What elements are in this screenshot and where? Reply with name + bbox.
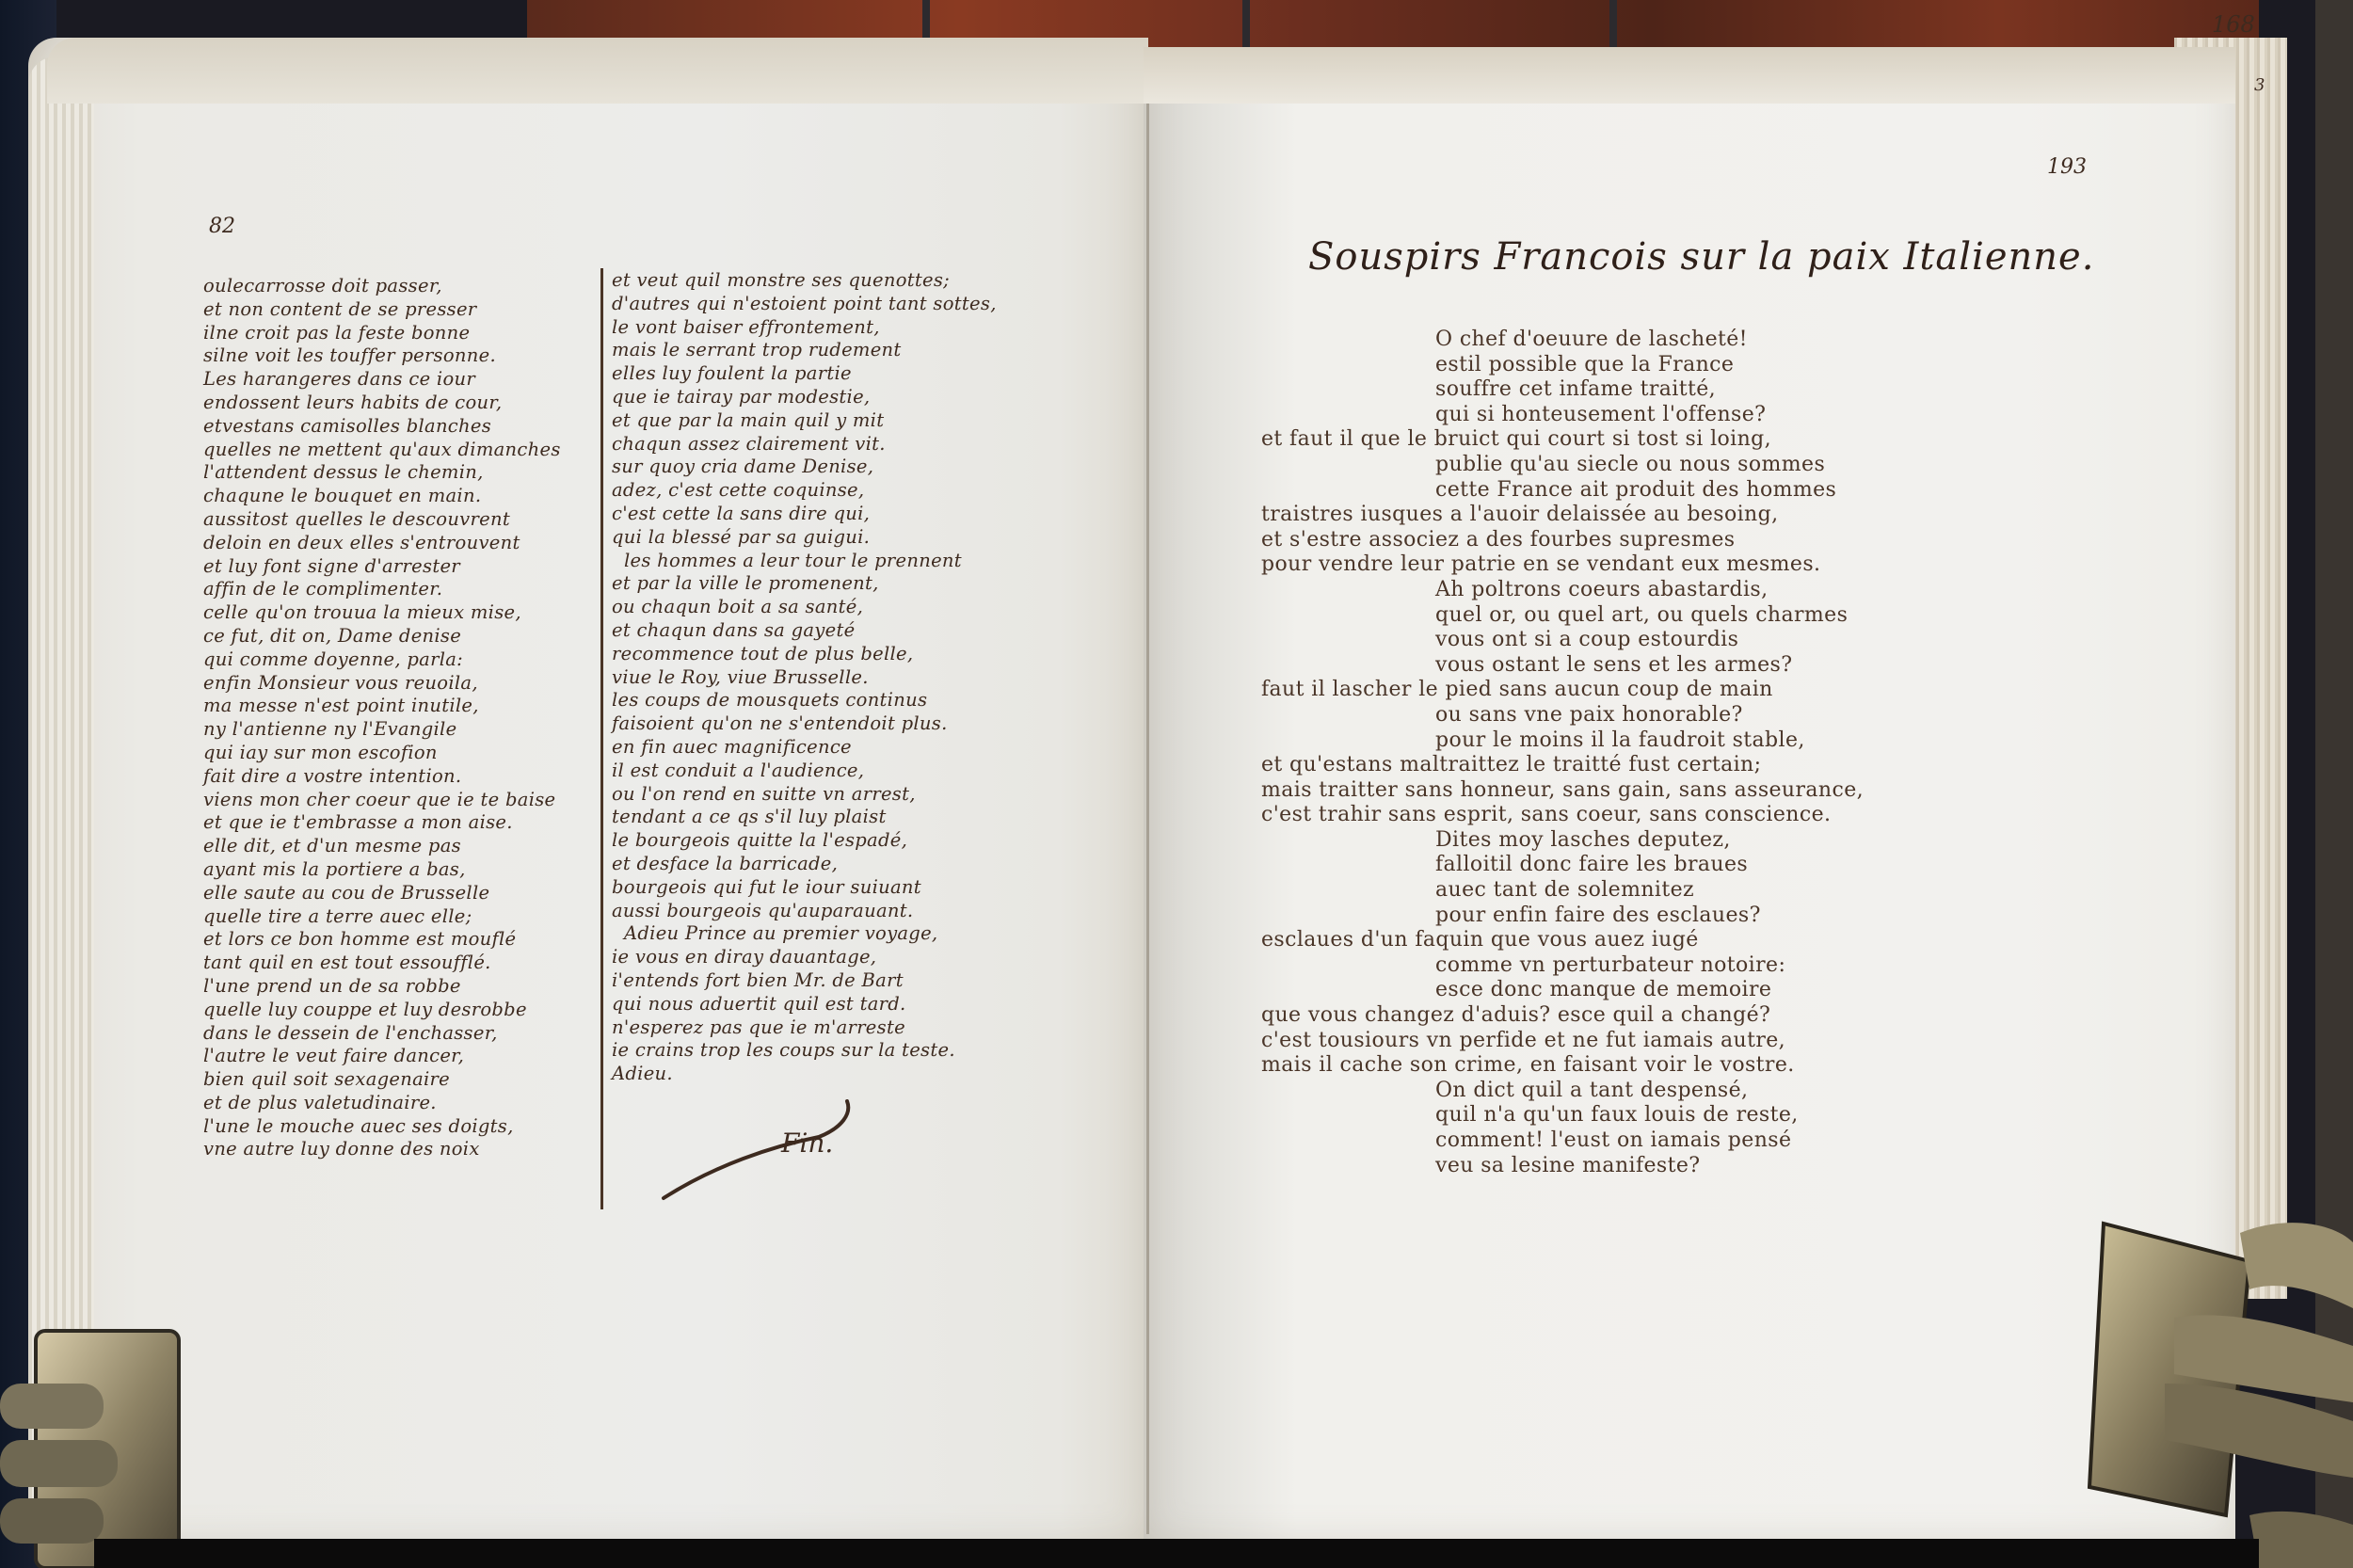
- manuscript-line: et par la ville le promenent,: [612, 572, 997, 596]
- manuscript-line: qui la blessé par sa guigui.: [612, 526, 997, 550]
- poem-line: c'est trahir sans esprit, sans coeur, sa…: [1261, 803, 1864, 828]
- poem-body: O chef d'oeuure de lascheté!estil possib…: [1261, 328, 1864, 1178]
- manuscript-line: etvestans camisolles blanches: [203, 415, 561, 439]
- manuscript-line: endossent leurs habits de cour,: [203, 392, 561, 415]
- manuscript-line: enfin Monsieur vous reuoila,: [203, 672, 561, 696]
- manuscript-line: ie crains trop les coups sur la teste.: [612, 1039, 997, 1063]
- manuscript-line: Les harangeres dans ce iour: [203, 368, 561, 392]
- manuscript-line: oulecarrosse doit passer,: [203, 275, 561, 298]
- manuscript-line: qui iay sur mon escofion: [203, 742, 561, 765]
- poem-line: veu sa lesine manifeste?: [1261, 1154, 1864, 1179]
- manuscript-line: adez, c'est cette coquinse,: [612, 479, 997, 503]
- manuscript-line: i'entends fort bien Mr. de Bart: [612, 969, 997, 993]
- manuscript-line: et lors ce bon homme est mouflé: [203, 928, 561, 952]
- top-folio-number: 168: [2212, 11, 2255, 38]
- poem-line: pour enfin faire des esclaues?: [1261, 904, 1864, 929]
- poem-title: Souspirs Francois sur la paix Italienne.: [1308, 235, 2094, 279]
- manuscript-line: l'attendent dessus le chemin,: [203, 461, 561, 485]
- manuscript-line: silne voit les touffer personne.: [203, 344, 561, 368]
- poem-line: et faut il que le bruict qui court si to…: [1261, 427, 1864, 453]
- manuscript-line: viue le Roy, viue Brusselle.: [612, 666, 997, 690]
- manuscript-line: Adieu Prince au premier voyage,: [612, 922, 997, 946]
- manuscript-line: recommence tout de plus belle,: [612, 643, 997, 666]
- manuscript-line: ce fut, dit on, Dame denise: [203, 625, 561, 648]
- manuscript-line: quelle tire a terre auec elle;: [203, 905, 561, 929]
- column-divider-rule: [600, 268, 603, 1209]
- manuscript-line: ou l'on rend en suitte vn arrest,: [612, 783, 997, 807]
- manuscript-line: ayant mis la portiere a bas,: [203, 858, 561, 882]
- manuscript-line: l'une prend un de sa robbe: [203, 975, 561, 999]
- manuscript-line: quelles ne mettent qu'aux dimanches: [203, 439, 561, 462]
- manuscript-line: ny l'antienne ny l'Evangile: [203, 718, 561, 742]
- manuscript-line: l'une le mouche auec ses doigts,: [203, 1115, 561, 1139]
- poem-line: que vous changez d'aduis? esce quil a ch…: [1261, 1003, 1864, 1029]
- poem-line: vous ont si a coup estourdis: [1261, 628, 1864, 653]
- poem-line: cette France ait produit des hommes: [1261, 478, 1864, 504]
- manuscript-line: chaqune le bouquet en main.: [203, 485, 561, 508]
- manuscript-line: faisoient qu'on ne s'entendoit plus.: [612, 712, 997, 736]
- manuscript-line: ou chaqun boit a sa santé,: [612, 596, 997, 619]
- poem-line: comme vn perturbateur notoire:: [1261, 953, 1864, 979]
- manuscript-line: le bourgeois quitte la l'espadé,: [612, 829, 997, 853]
- manuscript-line: que ie tairay par modestie,: [612, 386, 997, 409]
- manuscript-line: vne autre luy donne des noix: [203, 1138, 561, 1161]
- poem-line: quil n'a qu'un faux louis de reste,: [1261, 1103, 1864, 1128]
- manuscript-line: d'autres qui n'estoient point tant sotte…: [612, 293, 997, 316]
- manuscript-line: quelle luy couppe et luy desrobbe: [203, 999, 561, 1022]
- manuscript-line: qui comme doyenne, parla:: [203, 648, 561, 672]
- manuscript-line: celle qu'on trouua la mieux mise,: [203, 601, 561, 625]
- poem-line: On dict quil a tant despensé,: [1261, 1079, 1864, 1104]
- left-folio-number: 82: [209, 215, 235, 238]
- manuscript-line: qui nous aduertit quil est tard.: [612, 993, 997, 1016]
- manuscript-line: le vont baiser effrontement,: [612, 316, 997, 340]
- manuscript-line: les hommes a leur tour le prennent: [612, 550, 997, 573]
- poem-line: falloitil donc faire les braues: [1261, 853, 1864, 878]
- poem-line: Ah poltrons coeurs abastardis,: [1261, 578, 1864, 603]
- poem-line: esce donc manque de memoire: [1261, 978, 1864, 1003]
- poem-line: estil possible que la France: [1261, 353, 1864, 378]
- manuscript-line: et luy font signe d'arrester: [203, 555, 561, 579]
- right-folio-number: 193: [2047, 155, 2087, 179]
- poem-line: mais traitter sans honneur, sans gain, s…: [1261, 778, 1864, 804]
- book-bottom-shadow: [94, 1539, 2259, 1568]
- poem-line: Dites moy lasches deputez,: [1261, 828, 1864, 854]
- manuscript-line: sur quoy cria dame Denise,: [612, 456, 997, 479]
- manuscript-line: et veut quil monstre ses quenottes;: [612, 269, 997, 293]
- manuscript-line: n'esperez pas que ie m'arreste: [612, 1016, 997, 1040]
- manuscript-line: ma messe n'est point inutile,: [203, 695, 561, 718]
- poem-line: comment! l'eust on iamais pensé: [1261, 1128, 1864, 1154]
- poem-line: qui si honteusement l'offense?: [1261, 403, 1864, 428]
- poem-line: ou sans vne paix honorable?: [1261, 703, 1864, 728]
- manuscript-line: tendant a ce qs s'il luy plaist: [612, 806, 997, 829]
- poem-line: et qu'estans maltraittez le traitté fust…: [1261, 753, 1864, 778]
- manuscript-line: elle saute au cou de Brusselle: [203, 882, 561, 905]
- manuscript-line: et que par la main quil y mit: [612, 409, 997, 433]
- poem-line: traistres iusques a l'auoir delaissée au…: [1261, 503, 1864, 528]
- manuscript-line: les coups de mousquets continus: [612, 689, 997, 712]
- manuscript-line: en fin auec magnificence: [612, 736, 997, 760]
- manuscript-line: aussitost quelles le descouvrent: [203, 508, 561, 532]
- manuscript-line: ie vous en diray dauantage,: [612, 946, 997, 969]
- manuscript-line: affin de le complimenter.: [203, 578, 561, 601]
- manuscript-line: bien quil soit sexagenaire: [203, 1068, 561, 1092]
- poem-line: pour le moins il la faudroit stable,: [1261, 728, 1864, 754]
- manuscript-line: dans le dessein de l'enchasser,: [203, 1022, 561, 1046]
- left-brass-hand-weight-icon: [0, 1327, 188, 1568]
- left-column-1-text: oulecarrosse doit passer,et non content …: [203, 275, 561, 1161]
- manuscript-line: mais le serrant trop rudement: [612, 339, 997, 362]
- manuscript-line: deloin en deux elles s'entrouvent: [203, 532, 561, 555]
- manuscript-line: et chaqun dans sa gayeté: [612, 619, 997, 643]
- poem-line: c'est tousiours vn perfide et ne fut iam…: [1261, 1029, 1864, 1054]
- left-page-top-edge: [47, 38, 1148, 104]
- corner-folio-mark: 3: [2254, 75, 2265, 95]
- manuscript-line: Adieu.: [612, 1063, 997, 1086]
- gutter-fold: [1146, 104, 1149, 1534]
- manuscript-line: et desface la barricade,: [612, 853, 997, 876]
- right-page-top-edge: [1144, 47, 2235, 104]
- manuscript-line: l'autre le veut faire dancer,: [203, 1045, 561, 1068]
- poem-line: vous ostant le sens et les armes?: [1261, 653, 1864, 679]
- manuscript-line: elles luy foulent la partie: [612, 362, 997, 386]
- left-page-edge-stack: [28, 56, 94, 1525]
- manuscript-line: c'est cette la sans dire qui,: [612, 503, 997, 526]
- manuscript-line: fait dire a vostre intention.: [203, 765, 561, 789]
- poem-line: auec tant de solemnitez: [1261, 878, 1864, 904]
- manuscript-line: et que ie t'embrasse a mon aise.: [203, 811, 561, 835]
- closing-fin: Fin.: [781, 1128, 833, 1159]
- poem-line: mais il cache son crime, en faisant voir…: [1261, 1053, 1864, 1079]
- poem-line: faut il lascher le pied sans aucun coup …: [1261, 678, 1864, 703]
- manuscript-line: il est conduit a l'audience,: [612, 760, 997, 783]
- left-column-2-text: et veut quil monstre ses quenottes;d'aut…: [612, 269, 997, 1086]
- poem-line: quel or, ou quel art, ou quels charmes: [1261, 603, 1864, 629]
- right-brass-hand-weight-icon: [1986, 1205, 2353, 1568]
- manuscript-line: aussi bourgeois qu'auparauant.: [612, 900, 997, 923]
- manuscript-line: bourgeois qui fut le iour suiuant: [612, 876, 997, 900]
- manuscript-line: et non content de se presser: [203, 298, 561, 322]
- manuscript-line: viens mon cher coeur que ie te baise: [203, 789, 561, 812]
- manuscript-line: chaqun assez clairement vit.: [612, 433, 997, 456]
- poem-line: souffre cet infame traitté,: [1261, 377, 1864, 403]
- manuscript-line: et de plus valetudinaire.: [203, 1092, 561, 1115]
- poem-line: pour vendre leur patrie en se vendant eu…: [1261, 552, 1864, 578]
- manuscript-line: tant quil en est tout essoufflé.: [203, 952, 561, 975]
- poem-line: O chef d'oeuure de lascheté!: [1261, 328, 1864, 353]
- poem-line: et s'estre associez a des fourbes supres…: [1261, 528, 1864, 553]
- manuscript-line: ilne croit pas la feste bonne: [203, 322, 561, 345]
- manuscript-line: elle dit, et d'un mesme pas: [203, 835, 561, 858]
- poem-line: esclaues d'un faquin que vous auez iugé: [1261, 928, 1864, 953]
- poem-line: publie qu'au siecle ou nous sommes: [1261, 453, 1864, 478]
